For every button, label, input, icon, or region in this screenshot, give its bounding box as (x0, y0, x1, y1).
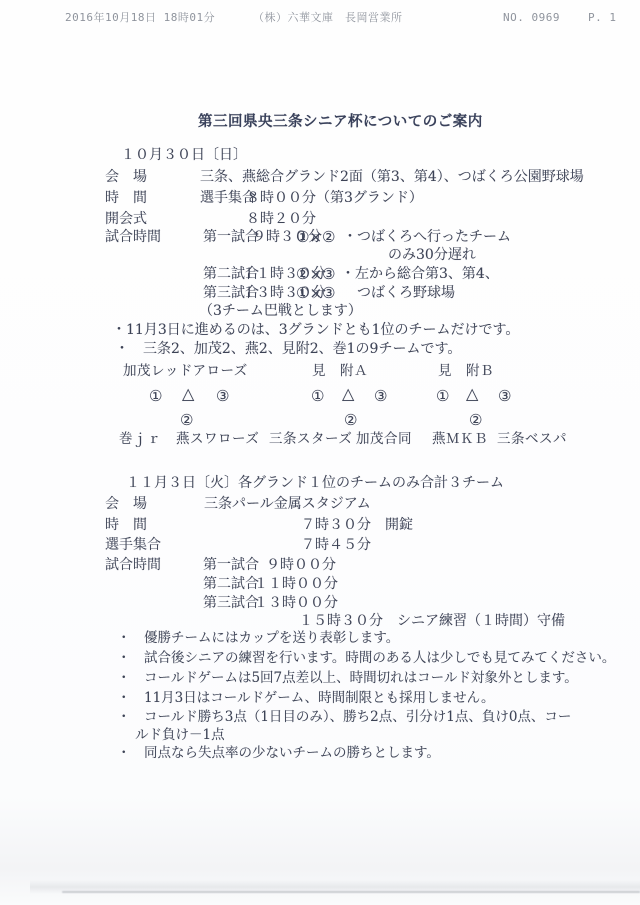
bracket-group1-triangle-icon: △ (182, 384, 194, 403)
day1-game2-pairing: ②×③ (296, 265, 335, 283)
day2-heading: １１月３日〔火〕各グランド１位のチームのみ合計３チーム (126, 475, 504, 492)
bracket-team-kamo-godo: 加茂合同 (356, 431, 412, 447)
bracket-group3-game3-mark: ③ (498, 387, 511, 405)
bracket-team-sanjo-stars: 三条スターズ (269, 431, 352, 447)
day2-practice-note: １５時３０分 シニア練習（１時間）守備 (299, 613, 565, 630)
bracket-team-sanjo-vespa: 三条ベスパ (497, 431, 567, 447)
note-points-line1: ・ コールド勝ち3点（1日目のみ）、勝ち2点、引分け1点、負け0点、コー (117, 709, 571, 725)
day1-teams-note: ・ 三条2、加茂2、燕2、見附2、巻1の9チームです。 (115, 341, 461, 358)
note-practice: ・ 試合後シニアの練習を行います。時間のある人は少しでも見てみてください。 (117, 650, 615, 666)
day2-game2-label: 第二試合 (203, 576, 259, 593)
day1-game2-note: ・左から総合第3、第4、 (341, 266, 499, 283)
day1-game3-note: つばくろ野球場 (357, 285, 455, 302)
bracket-group3-game1-mark: ① (436, 387, 449, 405)
note-trophy: ・ 優勝チームにはカップを送り表彰します。 (117, 630, 399, 646)
bracket-group1-seeded-team: 加茂レッドアローズ (123, 363, 248, 379)
day1-venue-value: 三条、燕総合グランド2面（第3、第4）、つばくろ公園野球場 (200, 169, 584, 186)
day1-heading: １０月３０日〔日〕 (121, 147, 247, 164)
day2-game1-time: ９時００分 (266, 557, 336, 574)
day1-assembly-time: ８時００分（第3グランド） (246, 190, 423, 207)
fax-sender: （株）六華文庫 長岡営業所 (253, 11, 403, 24)
bracket-group1-game3-mark: ③ (216, 387, 229, 405)
day1-opening-label: 開会式 (105, 211, 147, 228)
day2-games-label: 試合時間 (105, 557, 161, 574)
day2-assembly-label: 選手集合 (105, 537, 161, 554)
fax-datetime: 2016年10月18日 18時01分 (65, 11, 215, 24)
day2-unlock-time: ７時３０分 開錠 (301, 517, 413, 534)
day1-opening-time: ８時２０分 (246, 211, 316, 228)
document-title: 第三回県央三条シニア杯についてのご案内 (198, 113, 483, 130)
bracket-group3-triangle-icon: △ (466, 384, 478, 403)
day1-game1-note: ・つばくろへ行ったチーム (343, 229, 511, 246)
day2-game3-time: １３時００分 (254, 595, 338, 612)
bracket-group2-seeded-team: 見 附Ａ (312, 363, 368, 379)
bracket-group2-triangle-icon: △ (342, 384, 354, 403)
bracket-group2-game2-mark: ② (344, 411, 357, 429)
day1-game1-label: 第一試合 (203, 229, 259, 246)
day2-venue-value: 三条パール金属スタジアム (204, 496, 371, 513)
bracket-group2-game3-mark: ③ (374, 387, 387, 405)
bracket-group1-game2-mark: ② (180, 411, 193, 429)
note-points-line2: ルド負け－1点 (135, 727, 225, 743)
fax-page-number: P. 1 (588, 11, 617, 24)
day2-assembly-time: ７時４５分 (301, 537, 371, 554)
scan-edge-line-artifact (62, 891, 640, 893)
day1-game1-note-cont: のみ30分遅れ (388, 247, 476, 264)
day1-game1-pairing: ①×② (296, 228, 335, 246)
bracket-group1-game1-mark: ① (149, 387, 162, 405)
day1-venue-label: 会 場 (105, 169, 147, 186)
day1-advance-note: ・11月3日に進めるのは、3グランドとも1位のチームだけです。 (112, 322, 519, 339)
bracket-group3-seeded-team: 見 附Ｂ (438, 363, 494, 379)
day2-game3-label: 第三試合 (203, 595, 259, 612)
day2-game1-label: 第一試合 (203, 557, 259, 574)
day2-time-label: 時 間 (105, 517, 147, 534)
bracket-team-maki-jr: 巻ｊｒ (119, 431, 161, 447)
scanned-fax-page: 2016年10月18日 18時01分 （株）六華文庫 長岡営業所 NO. 096… (0, 0, 640, 905)
day1-time-label: 時 間 (105, 190, 147, 207)
day1-games-label: 試合時間 (105, 229, 161, 246)
day1-game3-pairing: ①×③ (296, 284, 335, 302)
note-called-game: ・ コールドゲームは5回7点差以上、時間切れはコールド対象外とします。 (117, 670, 578, 686)
note-tiebreaker: ・ 同点なら失点率の少ないチームの勝ちとします。 (117, 745, 440, 761)
fax-number: NO. 0969 (503, 11, 560, 24)
day1-round-robin-note: （3チーム巴戦とします） (199, 303, 362, 320)
bracket-group2-game1-mark: ① (311, 387, 324, 405)
day2-venue-label: 会 場 (105, 496, 147, 513)
bracket-group3-game2-mark: ② (469, 411, 482, 429)
bracket-team-tsubame-swallows: 燕スワローズ (176, 431, 259, 447)
note-nov3-rules: ・ 11月3日はコールドゲーム、時間制限とも採用しません。 (117, 690, 494, 706)
day2-game2-time: １１時００分 (254, 576, 338, 593)
bracket-team-tsubame-mkb: 燕ＭＫＢ (432, 431, 488, 447)
